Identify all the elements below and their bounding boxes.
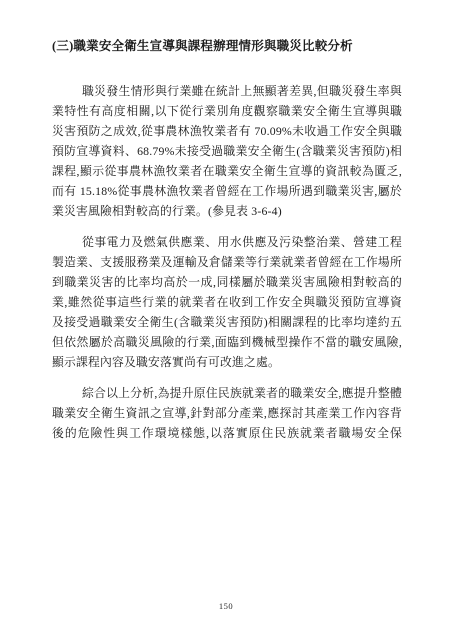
page-content: (三)職業安全衛生宣導與課程辦理情形與職災比較分析 職災發生情形與行業雖在統計上…: [52, 38, 402, 454]
paragraph-line: 預防宣導資料、68.79%未接受過職業安全衛生(含職業災害預防)相關: [52, 141, 402, 161]
paragraph-line: 災害預防之成效,從事農林漁牧業者有 70.09%未收過工作安全與職災: [52, 121, 402, 141]
paragraph-line: 綜合以上分析,為提升原住民族就業者的職業安全,應提升整體: [52, 383, 402, 403]
paragraph: 職災發生情形與行業雖在統計上無顯著差異,但職災發生率與行 業特性有高度相關,以下…: [52, 81, 402, 221]
paragraph-line: 及接受過職業安全衛生(含職業災害預防)相關課程的比率均達約五成,: [52, 312, 402, 332]
paragraph: 綜合以上分析,為提升原住民族就業者的職業安全,應提升整體 職業安全衛生資訊之宣導…: [52, 383, 402, 443]
paragraph-line: 到職業災害的比率均高於一成,同樣屬於職業災害風險相對較高的行: [52, 272, 402, 292]
document-page: (三)職業安全衛生宣導與課程辦理情形與職災比較分析 職災發生情形與行業雖在統計上…: [0, 0, 452, 640]
paragraph-line: 業災害風險相對較高的行業。(參見表 3-6-4): [52, 201, 402, 221]
page-number: 150: [0, 601, 452, 611]
paragraph-line: 業,雖然從事這些行業的就業者在收到工作安全與職災預防宣導資料: [52, 292, 402, 312]
paragraph-line: 後的危險性與工作環境樣態,以落實原住民族就業者職場安全保障。: [52, 423, 402, 443]
paragraph-line: 而有 15.18%從事農林漁牧業者曾經在工作場所遇到職業災害,屬於職: [52, 181, 402, 201]
section-heading: (三)職業安全衛生宣導與課程辦理情形與職災比較分析: [52, 38, 402, 54]
paragraph-line: 職災發生情形與行業雖在統計上無顯著差異,但職災發生率與行: [52, 81, 402, 101]
paragraph-line: 顯示課程內容及職安落實尚有可改進之處。: [52, 352, 402, 372]
paragraph-line: 業特性有高度相關,以下從行業別角度觀察職業安全衛生宣導與職業: [52, 101, 402, 121]
paragraph: 從事電力及燃氣供應業、用水供應及污染整治業、營建工程業、 製造業、支援服務業及運…: [52, 232, 402, 372]
paragraph-line: 製造業、支援服務業及運輸及倉儲業等行業就業者曾經在工作場所遇: [52, 252, 402, 272]
paragraph-line: 從事電力及燃氣供應業、用水供應及污染整治業、營建工程業、: [52, 232, 402, 252]
paragraph-line: 課程,顯示從事農林漁牧業者在職業安全衛生宣導的資訊較為匱乏,: [52, 161, 402, 181]
paragraph-line: 但依然屬於高職災風險的行業,面臨到機械型操作不當的職安風險,: [52, 332, 402, 352]
paragraph-line: 職業安全衛生資訊之宣導,針對部分產業,應探討其產業工作內容背: [52, 403, 402, 423]
